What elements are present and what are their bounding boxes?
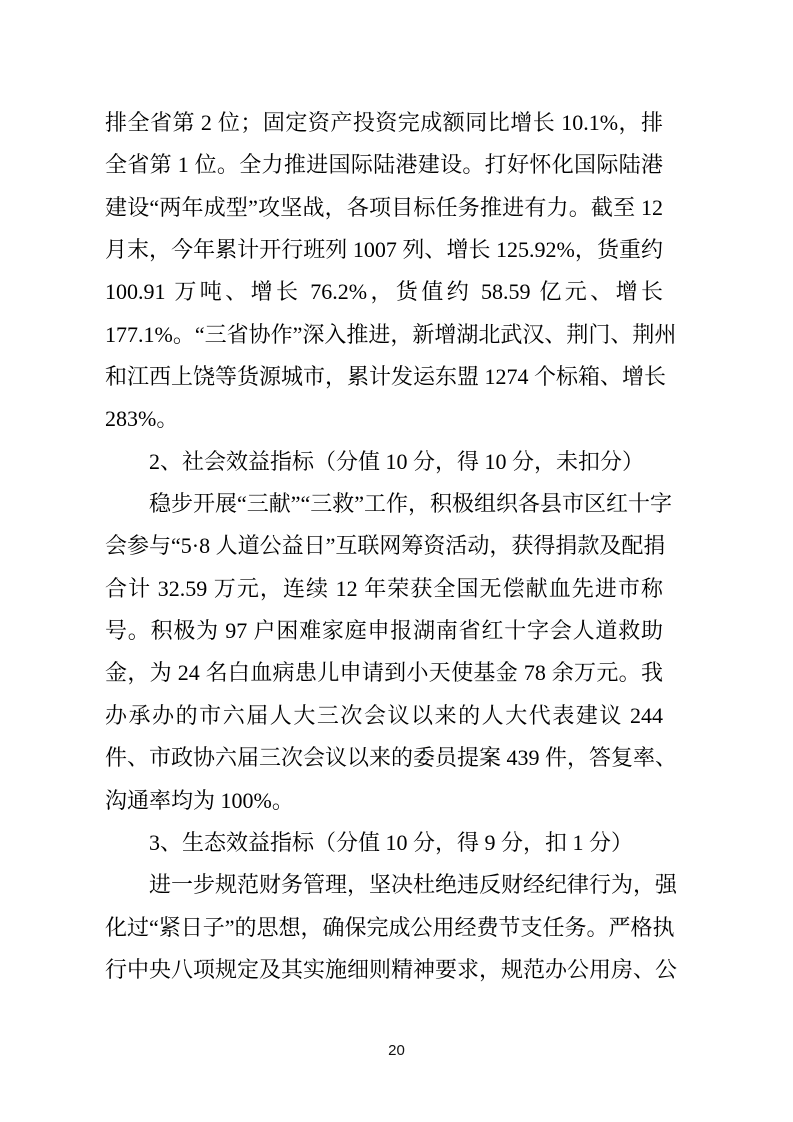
text-line: 号。积极为 97 户困难家庭申报湖南省红十字会人道救助 bbox=[105, 610, 663, 652]
text-line: 件、市政协六届三次会议以来的委员提案 439 件，答复率、 bbox=[105, 737, 663, 779]
text-line: 进一步规范财务管理，坚决杜绝违反财经纪律行为，强 bbox=[105, 864, 663, 906]
section-heading: 3、生态效益指标（分值 10 分，得 9 分，扣 1 分） bbox=[105, 822, 663, 864]
page-number: 20 bbox=[0, 1042, 793, 1059]
paragraph-economic-benefit-continued: 排全省第 2 位；固定资产投资完成额同比增长 10.1%，排 全省第 1 位。全… bbox=[105, 102, 663, 441]
text-line: 合计 32.59 万元，连续 12 年荣获全国无偿献血先进市称 bbox=[105, 568, 663, 610]
text-line: 100.91 万吨、增长 76.2%，货值约 58.59 亿元、增长 bbox=[105, 271, 663, 313]
text-line: 沟通率均为 100%。 bbox=[105, 780, 663, 822]
text-line: 全省第 1 位。全力推进国际陆港建设。打好怀化国际陆港 bbox=[105, 144, 663, 186]
text-line: 月末，今年累计开行班列 1007 列、增长 125.92%，货重约 bbox=[105, 229, 663, 271]
text-line: 稳步开展“三献”“三救”工作，积极组织各县市区红十字 bbox=[105, 483, 663, 525]
paragraph-ecological-benefit-heading: 3、生态效益指标（分值 10 分，得 9 分，扣 1 分） bbox=[105, 822, 663, 864]
text-block: 排全省第 2 位；固定资产投资完成额同比增长 10.1%，排 全省第 1 位。全… bbox=[105, 102, 663, 991]
section-heading: 2、社会效益指标（分值 10 分，得 10 分，未扣分） bbox=[105, 441, 663, 483]
text-line: 177.1%。“三省协作”深入推进，新增湖北武汉、荆门、荆州 bbox=[105, 314, 663, 356]
text-line: 283%。 bbox=[105, 398, 663, 440]
paragraph-ecological-benefit-body: 进一步规范财务管理，坚决杜绝违反财经纪律行为，强 化过“紧日子”的思想，确保完成… bbox=[105, 864, 663, 991]
text-line: 排全省第 2 位；固定资产投资完成额同比增长 10.1%，排 bbox=[105, 102, 663, 144]
text-line: 办承办的市六届人大三次会议以来的人大代表建议 244 bbox=[105, 695, 663, 737]
text-line: 化过“紧日子”的思想，确保完成公用经费节支任务。严格执 bbox=[105, 907, 663, 949]
text-line: 行中央八项规定及其实施细则精神要求，规范办公用房、公 bbox=[105, 949, 663, 991]
text-line: 和江西上饶等货源城市，累计发运东盟 1274 个标箱、增长 bbox=[105, 356, 663, 398]
paragraph-social-benefit-body: 稳步开展“三献”“三救”工作，积极组织各县市区红十字 会参与“5·8 人道公益日… bbox=[105, 483, 663, 822]
document-page: 排全省第 2 位；固定资产投资完成额同比增长 10.1%，排 全省第 1 位。全… bbox=[0, 0, 793, 1122]
text-line: 金，为 24 名白血病患儿申请到小天使基金 78 余万元。我 bbox=[105, 652, 663, 694]
text-line: 建设“两年成型”攻坚战，各项目标任务推进有力。截至 12 bbox=[105, 187, 663, 229]
text-line: 会参与“5·8 人道公益日”互联网筹资活动，获得捐款及配捐 bbox=[105, 525, 663, 567]
paragraph-social-benefit-heading: 2、社会效益指标（分值 10 分，得 10 分，未扣分） bbox=[105, 441, 663, 483]
